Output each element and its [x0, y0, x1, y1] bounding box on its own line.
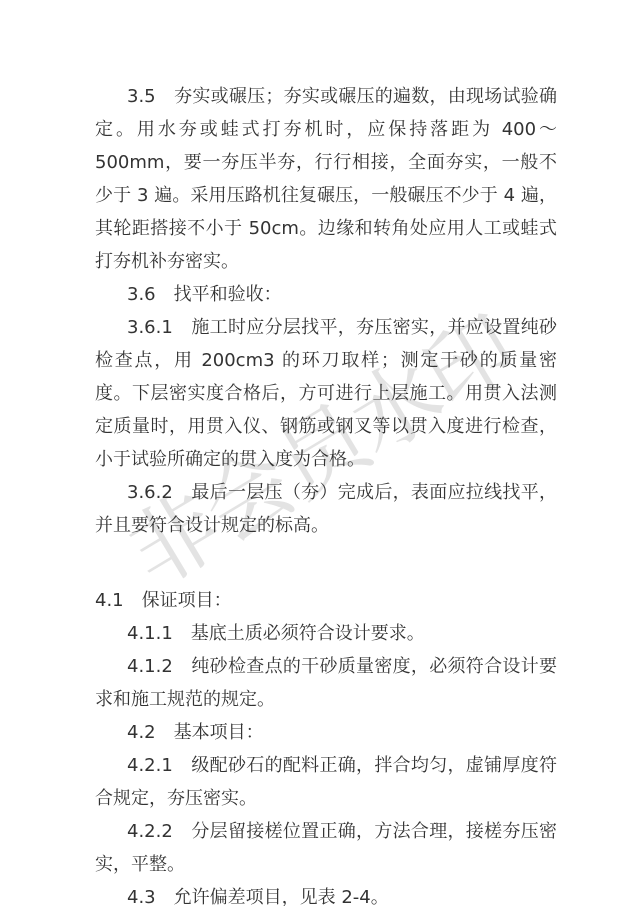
paragraph-3-6-heading: 3.6 找平和验收： — [95, 278, 557, 311]
paragraph-4-2-heading: 4.2 基本项目： — [95, 716, 557, 749]
document-body: 3.5 夯实或碾压；夯实或碾压的遍数，由现场试验确定。用水夯或蛙式打夯机时，应保… — [95, 80, 557, 906]
paragraph-4-1-2: 4.1.2 纯砂检查点的干砂质量密度，必须符合设计要求和施工规范的规定。 — [95, 650, 557, 716]
paragraph-3-6-2: 3.6.2 最后一层压（夯）完成后，表面应拉线找平，并且要符合设计规定的标高。 — [95, 476, 557, 542]
paragraph-4-1-1: 4.1.1 基底土质必须符合设计要求。 — [95, 617, 557, 650]
paragraph-3-5: 3.5 夯实或碾压；夯实或碾压的遍数，由现场试验确定。用水夯或蛙式打夯机时，应保… — [95, 80, 557, 278]
paragraph-4-2-2: 4.2.2 分层留接槎位置正确，方法合理，接槎夯压密实，平整。 — [95, 815, 557, 881]
paragraph-4-3: 4.3 允许偏差项目，见表 2-4。 — [95, 881, 557, 906]
paragraph-3-6-1: 3.6.1 施工时应分层找平，夯压密实，并应设置纯砂检查点，用 200cm3 的… — [95, 311, 557, 476]
paragraph-4-2-1: 4.2.1 级配砂石的配料正确，拌合均匀，虚铺厚度符合规定，夯压密实。 — [95, 749, 557, 815]
paragraph-4-1-heading: 4.1 保证项目： — [95, 584, 557, 617]
document-page: 非会员水印 3.5 夯实或碾压；夯实或碾压的遍数，由现场试验确定。用水夯或蛙式打… — [0, 0, 640, 906]
